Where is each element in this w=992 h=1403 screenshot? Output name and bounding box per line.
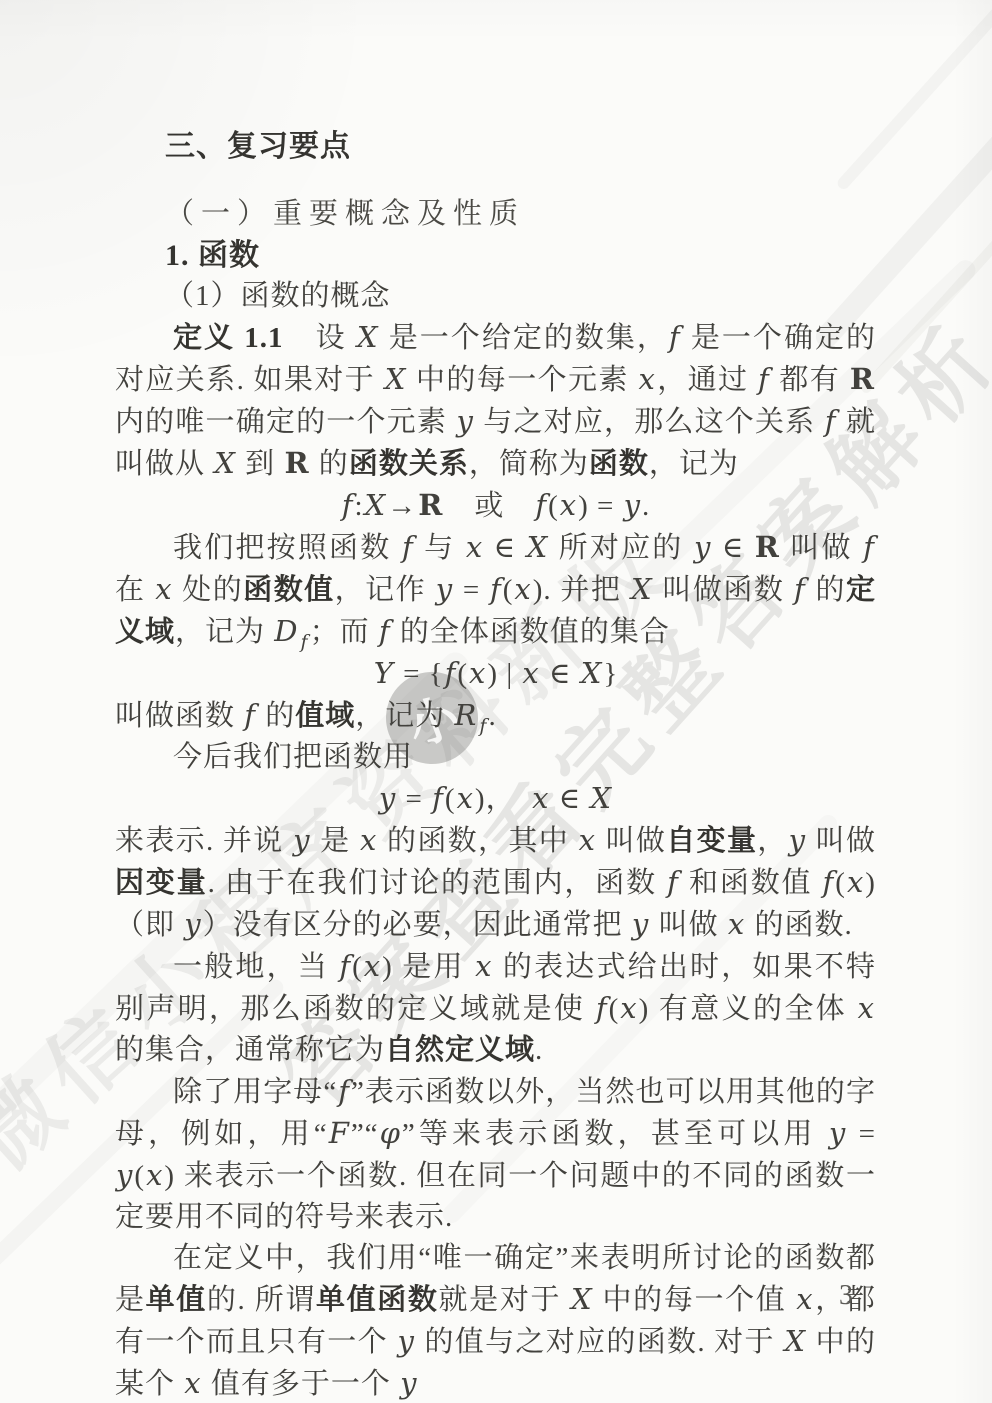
math-run: R [849, 362, 876, 396]
math-run: f [824, 404, 838, 438]
text-run: 三、复习要点 [165, 130, 351, 163]
text-run: 的值与之对应的函数. 对于 [416, 1326, 784, 1358]
text-run: ∈ [712, 532, 753, 564]
text-run: ，记为 [649, 448, 739, 480]
item-heading-function: 1. 函数 [165, 235, 876, 276]
text-run: 所对应的 [549, 532, 693, 564]
formula-range-set: Y = {f(x) | x ∈ X} [115, 653, 876, 695]
formula-y-equals-fx: y = f(x)， x ∈ X [115, 778, 876, 820]
text-run: ∈ [484, 532, 525, 564]
text-run: . [642, 490, 650, 522]
math-run: y [828, 1116, 847, 1150]
text-run: . [535, 1034, 543, 1066]
math-run: x [465, 530, 484, 564]
subsection-heading-concepts: （一）重要概念及性质 [165, 194, 876, 235]
text-run: 的函数，其中 [378, 825, 577, 857]
math-run: X [384, 362, 408, 396]
text-run: ) | [487, 658, 521, 690]
math-run: X [580, 656, 604, 690]
text-run: 值有多于一个 [203, 1368, 400, 1400]
math-run: x [359, 823, 378, 857]
page-number: 3 [826, 1280, 866, 1312]
text-run: 自然定义域 [385, 1034, 535, 1066]
text-run: ，通过 [657, 364, 757, 396]
text-run: 值域 [295, 700, 355, 732]
text-run: 叫做函数 [115, 700, 243, 732]
text-run: = [397, 783, 431, 815]
text-run: 就是对于 [439, 1284, 570, 1316]
text-run: : [354, 490, 363, 522]
math-run: y [455, 404, 474, 438]
text-run: 函数 [589, 448, 649, 480]
math-run: x [145, 1158, 164, 1192]
text-run: 叫做 [597, 825, 666, 857]
math-run: X [364, 488, 388, 522]
text-run: 在 [115, 574, 154, 606]
text-run: ， [757, 825, 787, 857]
math-run: x [559, 488, 578, 522]
paragraph-function-value: 我们把按照函数 f 与 x ∈ X 所对应的 y ∈ R 叫做 f 在 x 处的… [115, 527, 876, 653]
text-run: 叫做函数 [654, 574, 793, 606]
text-run: 1. 函数 [165, 239, 260, 272]
text-run: } [603, 658, 618, 690]
math-run: x [183, 1366, 202, 1400]
text-run: ) 是用 [382, 951, 474, 983]
math-run: X [356, 320, 380, 354]
text-run: 是 [312, 825, 360, 857]
text-run: 内的唯一确定的一个元素 [115, 406, 455, 438]
text-run: ( [503, 574, 514, 606]
math-run: y [435, 572, 454, 606]
text-run: 与之对应，那么这个关系 [475, 406, 824, 438]
text-run: 是一个给定的数集， [380, 322, 668, 354]
text-run: （1）函数的概念 [165, 280, 391, 312]
paragraph-hereafter: 今后我们把函数用 [115, 737, 876, 778]
paragraph-definition-1-1: 定义 1.1 设 X 是一个给定的数集，f 是一个确定的对应关系. 如果对于 X… [115, 317, 876, 485]
text-run: 除了用字母“ [173, 1076, 337, 1108]
math-run: X [783, 1324, 807, 1358]
text-run: （一）重要概念及性质 [165, 198, 525, 230]
paragraph-other-letters: 除了用字母“f”表示函数以外，当然也可以用其他的字母，例如，用“F”“φ”等来表… [115, 1071, 876, 1238]
subitem-heading-function-concept: （1）函数的概念 [165, 276, 876, 317]
text-run: → [387, 490, 417, 522]
text-run: ( [134, 1160, 145, 1192]
math-run: R [454, 698, 479, 732]
section-heading-review-points: 三、复习要点 [165, 126, 876, 167]
text-run: 处的 [174, 574, 244, 606]
text-run: 中的每一个元素 [407, 364, 637, 396]
math-run: φ [379, 1116, 402, 1150]
math-run: x [513, 572, 532, 606]
math-run: f [431, 781, 445, 815]
math-run: y [399, 1366, 418, 1400]
text-run: 与 [415, 532, 465, 564]
document-content: 三、复习要点 （一）重要概念及性质 1. 函数 （1）函数的概念 定义 1.1 … [115, 126, 876, 1403]
math-run: X [570, 1282, 594, 1316]
formula-function-mapping: f:X→R 或 f(x) = y. [115, 485, 876, 527]
math-run: f [378, 614, 392, 648]
text-run: 的全体函数值的集合 [392, 616, 670, 648]
math-run: x [795, 1282, 814, 1316]
math-run: y [788, 823, 807, 857]
text-run: 和函数值 [680, 867, 822, 899]
text-run: = [847, 1118, 876, 1150]
text-run: ，记作 [335, 574, 435, 606]
math-run: x [363, 949, 382, 983]
text-run: ( [548, 490, 559, 522]
text-run: ，简称为 [469, 448, 589, 480]
math-run: y [183, 907, 202, 941]
text-run: ∈ [550, 783, 589, 815]
text-run: ）没有区分的必要，因此通常把 [203, 909, 631, 941]
text-run: 设 [284, 322, 356, 354]
math-run: D [273, 614, 299, 648]
text-run: 来表示. 并说 [115, 825, 292, 857]
text-run: 的 [311, 448, 349, 480]
paragraph-natural-domain: 一般地，当 f(x) 是用 x 的表达式给出时，如果不特别声明，那么函数的定义域… [115, 946, 876, 1071]
math-run: x [474, 949, 493, 983]
math-run: x [468, 656, 487, 690]
text-run: ( [445, 783, 456, 815]
text-run: . 由于在我们讨论的范围内，函数 [208, 867, 667, 899]
math-run: y [115, 1158, 134, 1192]
text-run: )， [475, 783, 531, 815]
paragraph-range: 叫做函数 f 的值域，记为 Rf. [115, 695, 876, 737]
text-run: 自变量 [666, 825, 757, 857]
math-run: x [154, 572, 173, 606]
text-run: 单值 [146, 1284, 207, 1316]
math-run: X [213, 446, 237, 480]
text-run: 我们把按照函数 [173, 532, 401, 564]
math-run: f [595, 991, 609, 1025]
text-run: ”等来表示函数，甚至可以用 [402, 1118, 828, 1150]
text-run: 或 [444, 490, 534, 522]
text-run: ∈ [541, 658, 580, 690]
text-run: 的 [257, 700, 295, 732]
math-run: x [727, 907, 746, 941]
math-run: R [417, 488, 444, 522]
text-run: ，记为 [355, 700, 453, 732]
text-run: 的函数. [746, 909, 853, 941]
math-run: x [857, 991, 876, 1025]
text-run: 因变量 [115, 867, 208, 899]
math-run: y [378, 781, 397, 815]
math-run: f [401, 530, 415, 564]
text-run: ( [609, 993, 620, 1025]
math-run: f [666, 865, 680, 899]
text-run: ) 有意义的全体 [639, 993, 857, 1025]
math-run: y [292, 823, 311, 857]
text-run: ). 并把 [533, 574, 630, 606]
math-run: x [456, 781, 475, 815]
paragraph-variables: 来表示. 并说 y 是 x 的函数，其中 x 叫做自变量，y 叫做因变量. 由于… [115, 820, 876, 946]
math-run: f [489, 572, 503, 606]
text-run: 叫做 [781, 532, 862, 564]
math-run: f [822, 865, 836, 899]
text-run: 的集合，通常称它为 [115, 1034, 385, 1066]
math-run: x [619, 991, 638, 1025]
text-run: ，记为 [175, 616, 273, 648]
math-run: f [757, 362, 771, 396]
text-run: 叫做 [650, 909, 727, 941]
text-run: 到 [237, 448, 284, 480]
paragraph-single-valued: 在定义中，我们用“唯一确定”来表明所讨论的函数都是单值的. 所谓单值函数就是对于… [115, 1238, 876, 1403]
text-run: 函数关系 [349, 448, 469, 480]
text-run: 的 [807, 574, 846, 606]
math-run: x [578, 823, 597, 857]
math-run: f [337, 1074, 351, 1108]
math-run: f [243, 698, 257, 732]
math-run: f [668, 320, 682, 354]
math-run: R [754, 530, 781, 564]
text-run: ( [352, 951, 363, 983]
text-run: 函数值 [243, 574, 334, 606]
math-run: f [300, 631, 310, 653]
math-run: R [283, 446, 310, 480]
text-run: ”“ [351, 1118, 379, 1150]
text-run: 中的每一个值 [594, 1284, 796, 1316]
math-run: f [478, 715, 488, 737]
text-run: ( [457, 658, 468, 690]
math-run: F [328, 1116, 351, 1150]
math-run: y [631, 907, 650, 941]
text-run: 定义 1.1 [173, 322, 284, 354]
math-run: f [338, 949, 352, 983]
text-run: 单值函数 [316, 1284, 439, 1316]
text-run: = [454, 574, 489, 606]
text-run: ) = [578, 490, 623, 522]
math-run: f [534, 488, 548, 522]
math-run: y [623, 488, 642, 522]
text-run: ( [835, 867, 846, 899]
math-run: X [589, 781, 613, 815]
text-run: ；而 [310, 616, 378, 648]
math-run: x [846, 865, 865, 899]
text-run: 叫做 [807, 825, 876, 857]
text-run: 的. 所谓 [207, 1284, 316, 1316]
math-run: f [862, 530, 876, 564]
text-run: ) 来表示一个函数. 但在同一个问题中的不同的函数一定要用不同的符号来表示. [115, 1160, 876, 1233]
math-run: x [521, 656, 540, 690]
math-run: x [637, 362, 656, 396]
text-run: 一般地，当 [173, 951, 338, 983]
scanned-textbook-page: 微信小程序资料新版 答案查看完整答案解析 小 三、复习要点 （一）重要概念及性质… [0, 0, 992, 1403]
text-run: 都有 [771, 364, 849, 396]
text-run: = { [395, 658, 444, 690]
scan-streak [859, 195, 992, 395]
math-run: X [630, 572, 654, 606]
math-run: Y [373, 656, 395, 690]
math-run: x [531, 781, 550, 815]
math-run: f [444, 656, 458, 690]
math-run: y [693, 530, 712, 564]
math-run: X [526, 530, 550, 564]
text-run: 今后我们把函数用 [173, 741, 413, 773]
text-run: . [488, 700, 496, 732]
math-run: f [793, 572, 807, 606]
math-run: f [341, 488, 355, 522]
math-run: y [396, 1324, 415, 1358]
